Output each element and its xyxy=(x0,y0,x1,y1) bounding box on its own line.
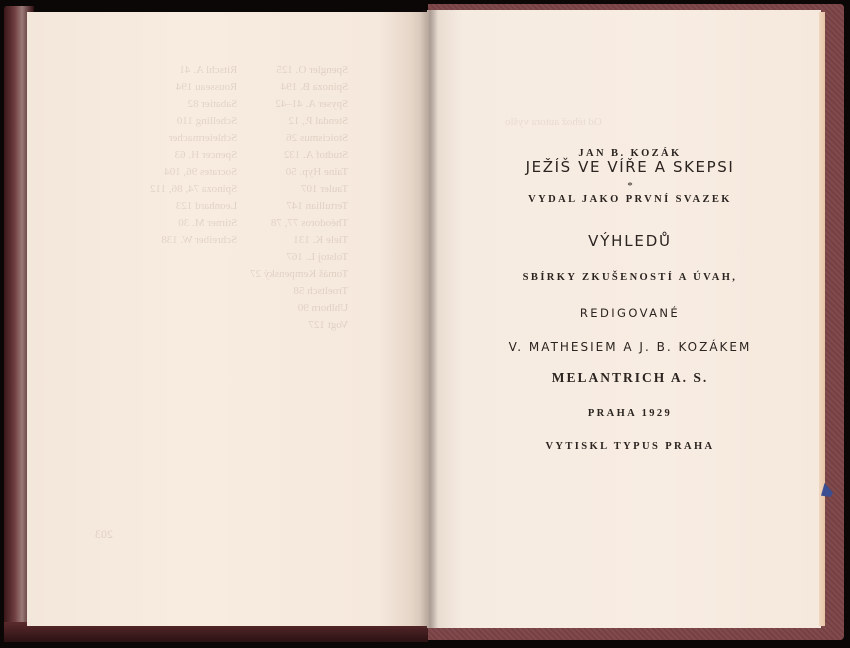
issued-as-line: VYDAL JAKO PRVNÍ SVAZEK xyxy=(440,194,820,205)
publisher: MELANTRICH A. S. xyxy=(440,370,820,386)
book-title: JEŽÍŠ VE VÍŘE A SKEPSI xyxy=(440,158,820,176)
series-subtitle: SBÍRKY ZKUŠENOSTÍ A ÚVAH, xyxy=(440,272,820,283)
left-show-through-column-2: Ritschl A. 41 Rousseau 194 Sabatier 82 S… xyxy=(150,62,237,249)
left-show-through-column-1: Spengler O. 125 Spinoza B. 194 Spyser A.… xyxy=(250,62,348,334)
series-name: VÝHLEDŮ xyxy=(440,232,820,250)
right-show-through: Od téhož autora vyšlo xyxy=(505,110,602,134)
ornament-asterisk: * xyxy=(440,180,820,192)
place-year: PRAHA 1929 xyxy=(440,408,820,419)
gutter-shadow xyxy=(420,10,438,628)
open-book: Spengler O. 125 Spinoza B. 194 Spyser A.… xyxy=(0,0,850,648)
printer: VYTISKL TYPUS PRAHA xyxy=(440,441,820,452)
edited-label: REDIGOVANÉ xyxy=(440,306,820,320)
editors: V. MATHESIEM A J. B. KOZÁKEM xyxy=(440,340,820,354)
left-page-number: 203 xyxy=(95,526,113,543)
